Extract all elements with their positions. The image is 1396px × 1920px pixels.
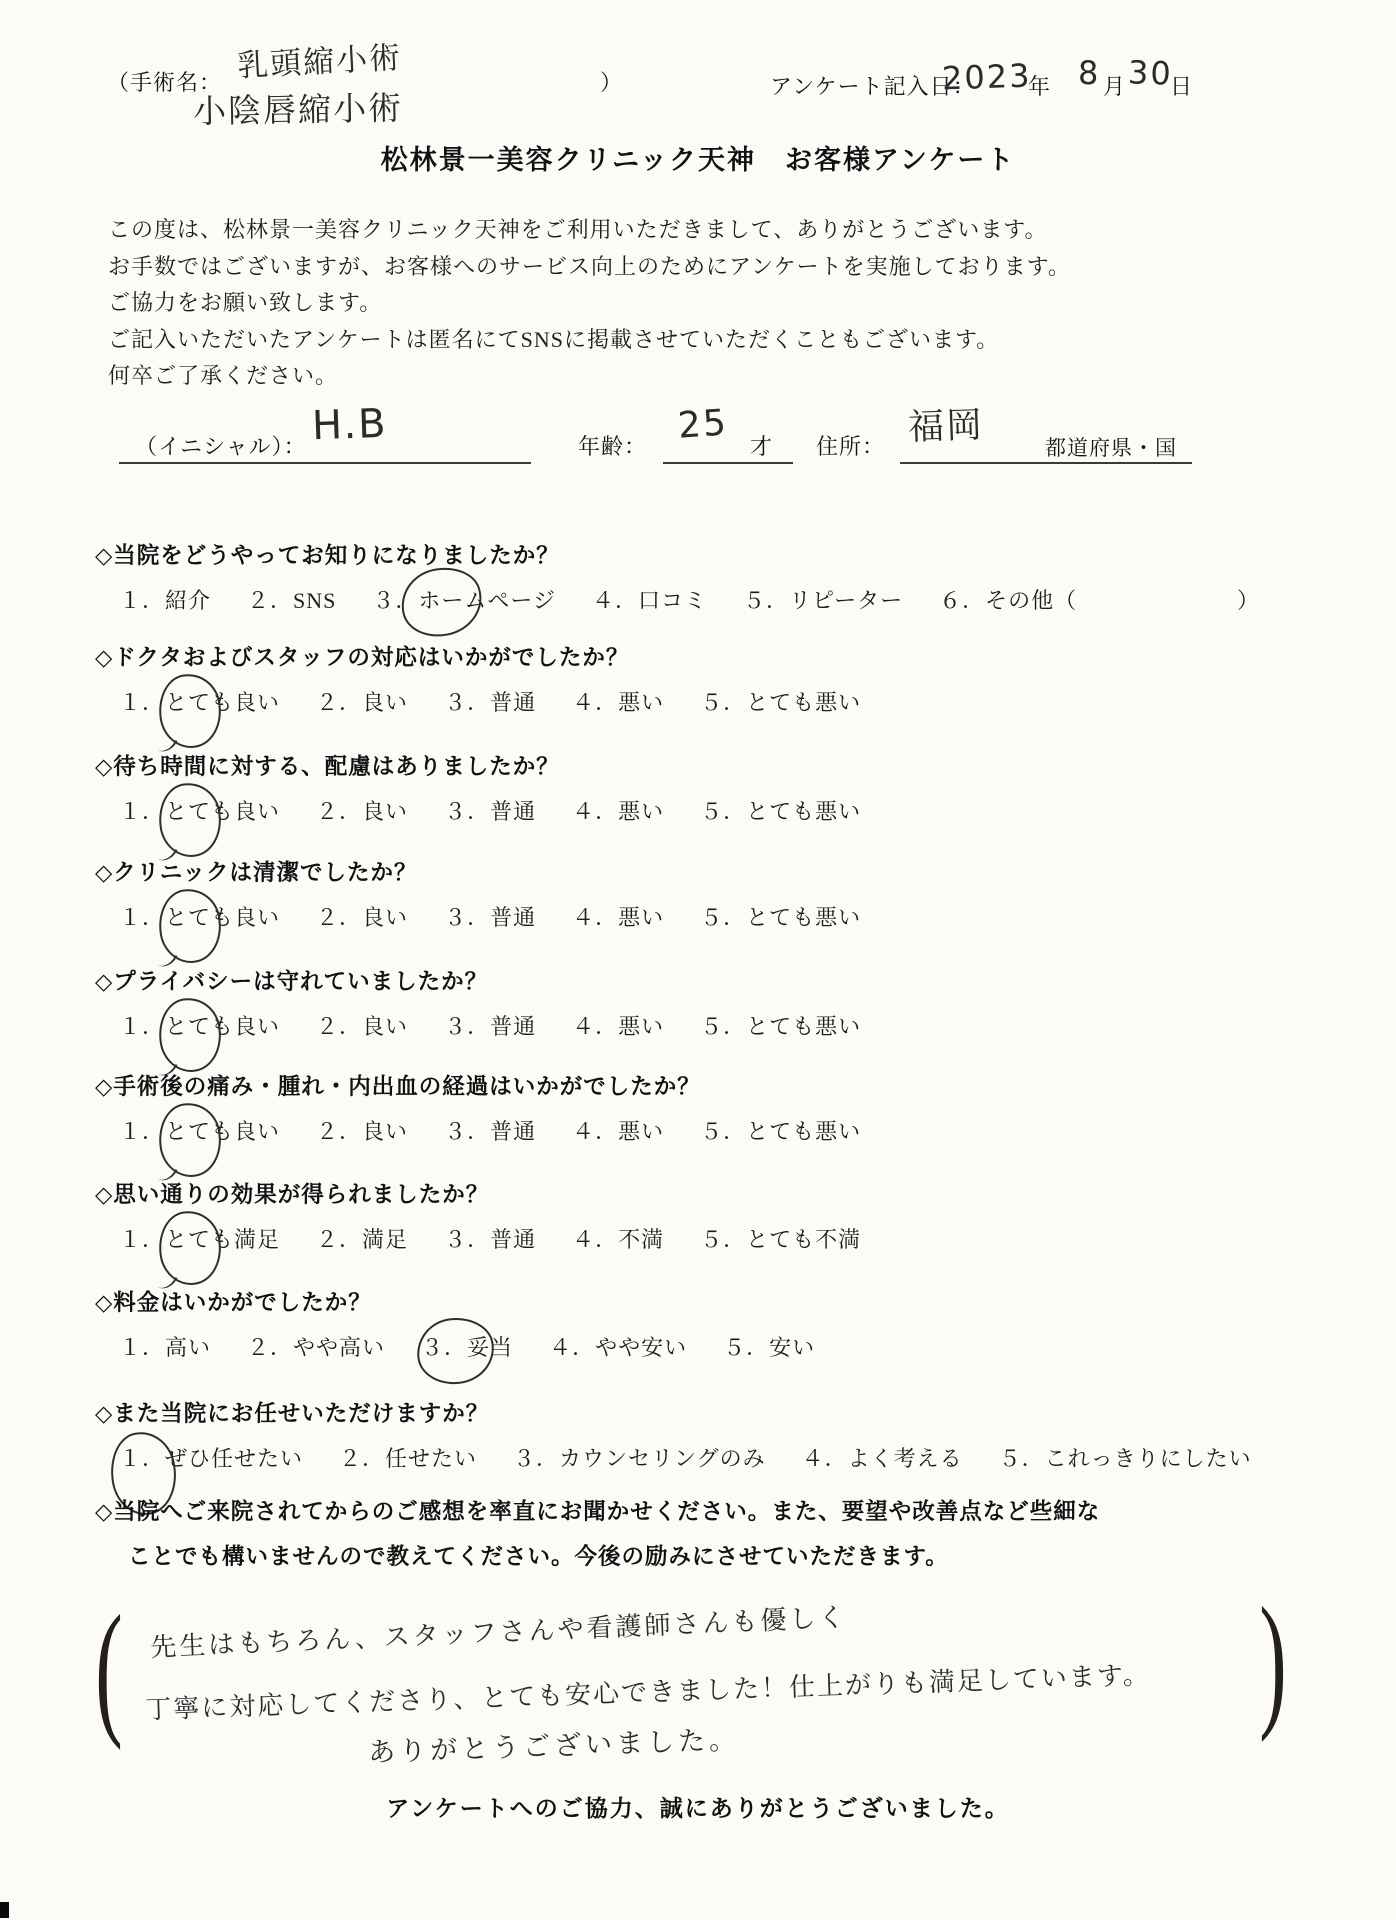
intro-line: 何卒ご了承ください。 xyxy=(108,358,1071,395)
answer-circle: とて xyxy=(165,1223,211,1254)
question-title-line2: ことでも構いませんので教えてください。今後の励みにさせていただきます。 xyxy=(128,1539,1270,1571)
option-item: ３．カウンセリングのみ xyxy=(513,1442,766,1473)
comment-close-paren: ) xyxy=(1259,1580,1286,1740)
option-item: ５．リピーター xyxy=(743,584,903,615)
option-item: １．高い xyxy=(119,1331,211,1362)
address-value: 福岡 xyxy=(907,397,985,451)
survey-date-month-suffix: 月 xyxy=(1103,70,1126,101)
option-item: ２．良い xyxy=(316,1115,408,1146)
answer-circle: とて xyxy=(165,686,211,717)
option-other-close-paren: ） xyxy=(1237,584,1260,615)
survey-date-day-suffix: 日 xyxy=(1170,70,1193,101)
comment-line: 丁寧に対応してくださり、とても安心できました！仕上がりも満足しています。 xyxy=(145,1654,1152,1726)
comment-line: 先生はもちろん、スタッフさんや看護師さんも優しく xyxy=(150,1597,849,1664)
option-item: ５．とても悪い xyxy=(700,901,861,932)
survey-date-year-value: 2023 xyxy=(941,56,1032,97)
option-item: ４．悪い xyxy=(572,795,664,826)
surgery-name-close-paren: ） xyxy=(600,66,623,97)
question-5: ◇プライバシーは守れていましたか？１．とても良い２．良い３．普通４．悪い５．とて… xyxy=(95,964,1270,1041)
question-title: ◇当院をどうやってお知りになりましたか？ xyxy=(95,538,1270,570)
survey-date-year-suffix: 年 xyxy=(1028,70,1051,101)
address-suffix-label: 都道府県・国 xyxy=(1045,432,1177,462)
page-title: 松林景一美容クリニック天神 お客様アンケート xyxy=(0,138,1396,177)
option-item: ３．ホームページ xyxy=(372,584,556,615)
age-label: 年齢： xyxy=(578,430,647,461)
answer-circle: とて xyxy=(165,795,211,826)
question-3: ◇待ち時間に対する、配慮はありましたか？１．とても良い２．良い３．普通４．悪い５… xyxy=(95,749,1270,826)
option-item: ４．不満 xyxy=(572,1223,664,1254)
option-row: １．紹介２．SNS３．ホームページ４．口コミ５．リピーター６．その他（） xyxy=(95,584,1270,615)
address-label: 住所： xyxy=(816,430,885,461)
option-item: ２．満足 xyxy=(316,1223,408,1254)
answer-circle: ３．妥 xyxy=(421,1331,490,1362)
option-item: ３．普通 xyxy=(444,1115,536,1146)
option-item: ４．やや安い xyxy=(549,1331,687,1362)
intro-line: ご記入いただいたアンケートは匿名にてSNSに掲載させていただくこともございます。 xyxy=(108,322,1071,359)
closing-thanks-text: アンケートへのご協力、誠にありがとうございました。 xyxy=(0,1790,1396,1823)
option-item: ５．とても不満 xyxy=(700,1223,861,1254)
option-row: １．とても良い２．良い３．普通４．悪い５．とても悪い xyxy=(95,1115,1270,1146)
surgery-name-value-line1: 乳頭縮小術 xyxy=(236,32,403,86)
option-item: ５．安い xyxy=(723,1331,815,1362)
question-title: ◇待ち時間に対する、配慮はありましたか？ xyxy=(95,749,1270,781)
option-item: ４．悪い xyxy=(572,686,664,717)
option-item: １．とても満足 xyxy=(119,1223,280,1254)
age-value: 25 xyxy=(677,402,730,446)
question-4: ◇クリニックは清潔でしたか？１．とても良い２．良い３．普通４．悪い５．とても悪い xyxy=(95,855,1270,932)
option-item: １．とても良い xyxy=(119,1115,280,1146)
option-item: ３．普通 xyxy=(444,686,536,717)
option-row: １．とても良い２．良い３．普通４．悪い５．とても悪い xyxy=(95,686,1270,717)
option-item: ２．良い xyxy=(316,686,408,717)
question-2: ◇ドクタおよびスタッフの対応はいかがでしたか？１．とても良い２．良い３．普通４．… xyxy=(95,640,1270,717)
question-title: ◇思い通りの効果が得られましたか？ xyxy=(95,1177,1270,1209)
option-item: ２．良い xyxy=(316,795,408,826)
answer-circle: １． xyxy=(119,1442,165,1473)
initial-label: （イニシャル）： xyxy=(135,430,307,461)
age-suffix-label: 才 xyxy=(750,430,773,461)
scan-artifact-mark xyxy=(0,1902,9,1918)
option-item: ３．妥当 xyxy=(421,1331,513,1362)
answer-circle: とて xyxy=(165,901,211,932)
option-item: ２．良い xyxy=(316,1010,408,1041)
question-title: ◇手術後の痛み・腫れ・内出血の経過はいかがでしたか？ xyxy=(95,1069,1270,1101)
option-item: ６．その他（ xyxy=(939,584,1077,615)
intro-line: この度は、松林景一美容クリニック天神をご利用いただきまして、ありがとうございます… xyxy=(108,212,1071,249)
initial-underline xyxy=(119,462,531,464)
answer-circle: とて xyxy=(165,1115,211,1146)
option-item: ４．悪い xyxy=(572,1010,664,1041)
question-6: ◇手術後の痛み・腫れ・内出血の経過はいかがでしたか？１．とても良い２．良い３．普… xyxy=(95,1069,1270,1146)
option-item: ２．SNS xyxy=(247,584,336,615)
option-item: １．とても良い xyxy=(119,686,280,717)
option-item: １．紹介 xyxy=(119,584,211,615)
question-title: ◇当院へご来院されてからのご感想を率直にお聞かせください。また、要望や改善点など… xyxy=(95,1494,1270,1526)
option-item: １．とても良い xyxy=(119,795,280,826)
option-row: １．とても満足２．満足３．普通４．不満５．とても不満 xyxy=(95,1223,1270,1254)
option-item: ４．よく考える xyxy=(802,1442,963,1473)
intro-line: ご協力をお願い致します。 xyxy=(108,285,1071,322)
question-title: ◇また当院にお任せいただけますか？ xyxy=(95,1396,1270,1428)
surgery-name-value-line2: 小陰唇縮小術 xyxy=(193,82,404,133)
question-title: ◇料金はいかがでしたか？ xyxy=(95,1285,1270,1317)
option-item: ４．悪い xyxy=(572,1115,664,1146)
option-item: ３．普通 xyxy=(444,901,536,932)
option-item: ５．とても悪い xyxy=(700,1010,861,1041)
option-item: ４．悪い xyxy=(572,901,664,932)
intro-paragraph: この度は、松林景一美容クリニック天神をご利用いただきまして、ありがとうございます… xyxy=(108,212,1071,395)
age-underline xyxy=(663,462,793,464)
question-1: ◇当院をどうやってお知りになりましたか？１．紹介２．SNS３．ホームページ４．口… xyxy=(95,538,1270,615)
option-item: ５．とても悪い xyxy=(700,686,861,717)
option-item: ２．やや高い xyxy=(247,1331,385,1362)
option-row: １．とても良い２．良い３．普通４．悪い５．とても悪い xyxy=(95,1010,1270,1041)
option-item: ５．とても悪い xyxy=(700,795,861,826)
option-item: ４．口コミ xyxy=(592,584,707,615)
option-row: １．とても良い２．良い３．普通４．悪い５．とても悪い xyxy=(95,795,1270,826)
question-title: ◇ドクタおよびスタッフの対応はいかがでしたか？ xyxy=(95,640,1270,672)
comment-open-paren: ( xyxy=(95,1588,122,1748)
option-item: ５．これっきりにしたい xyxy=(999,1442,1252,1473)
option-item: １．とても良い xyxy=(119,1010,280,1041)
option-row: １．とても良い２．良い３．普通４．悪い５．とても悪い xyxy=(95,901,1270,932)
comment-line: ありがとうございました。 xyxy=(367,1718,740,1770)
question-title: ◇クリニックは清潔でしたか？ xyxy=(95,855,1270,887)
question-8: ◇料金はいかがでしたか？１．高い２．やや高い３．妥当４．やや安い５．安い xyxy=(95,1285,1270,1362)
initial-value: H.B xyxy=(311,401,388,450)
option-row: １．高い２．やや高い３．妥当４．やや安い５．安い xyxy=(95,1331,1270,1362)
option-item: １．とても良い xyxy=(119,901,280,932)
question-10: ◇当院へご来院されてからのご感想を率直にお聞かせください。また、要望や改善点など… xyxy=(95,1494,1270,1571)
option-item: ２．任せたい xyxy=(339,1442,477,1473)
survey-date-day-value: 30 xyxy=(1127,53,1173,93)
option-item: ５．とても悪い xyxy=(700,1115,861,1146)
question-7: ◇思い通りの効果が得られましたか？１．とても満足２．満足３．普通４．不満５．とて… xyxy=(95,1177,1270,1254)
question-9: ◇また当院にお任せいただけますか？１．ぜひ任せたい２．任せたい３．カウンセリング… xyxy=(95,1396,1270,1473)
survey-scan-page: （手術名： 乳頭縮小術 小陰唇縮小術 ） アンケート記入日： 2023 年 8 … xyxy=(0,0,1396,1920)
option-item: １．ぜひ任せたい xyxy=(119,1442,303,1473)
option-item: ３．普通 xyxy=(444,795,536,826)
survey-date-month-value: 8 xyxy=(1078,54,1100,92)
answer-circle: ホー xyxy=(418,584,464,615)
intro-line: お手数ではございますが、お客様へのサービス向上のためにアンケートを実施しておりま… xyxy=(108,249,1071,286)
answer-circle: とて xyxy=(165,1010,211,1041)
option-item: ３．普通 xyxy=(444,1010,536,1041)
option-item: ３．普通 xyxy=(444,1223,536,1254)
question-title: ◇プライバシーは守れていましたか？ xyxy=(95,964,1270,996)
option-item: ２．良い xyxy=(316,901,408,932)
address-underline xyxy=(900,462,1192,464)
option-row: １．ぜひ任せたい２．任せたい３．カウンセリングのみ４．よく考える５．これっきりに… xyxy=(95,1442,1270,1473)
